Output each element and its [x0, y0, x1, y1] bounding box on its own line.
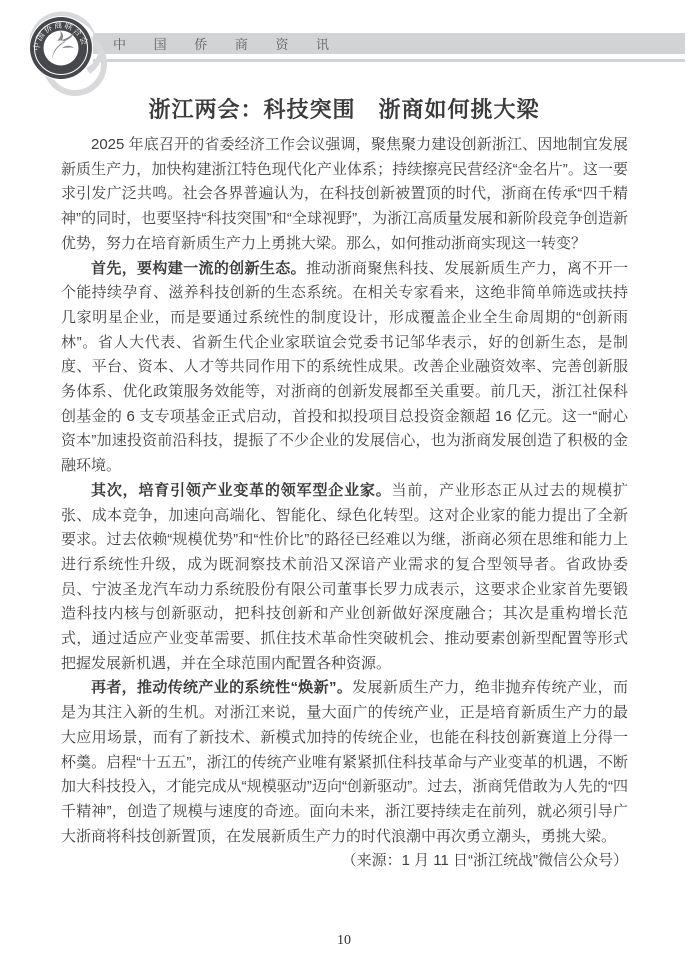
masthead-underline: [93, 59, 685, 62]
paragraph-text: 当前，产业形态正从过去的规模扩张、成本竞争，加速向高端化、智能化、绿色化转型。这…: [61, 482, 628, 672]
paragraph-lead: 首先，要构建一流的创新生态。: [91, 260, 306, 277]
paragraph-lead: 其次，培育引领产业变革的领军型企业家。: [91, 482, 392, 499]
paragraph-first-point: 首先，要构建一流的创新生态。推动浙商聚焦科技、发展新质生产力，离不开一个能持续孕…: [61, 257, 628, 479]
paragraph-text: 2025 年底召开的省委经济工作会议强调，聚焦聚力建设创新浙江、因地制宜发展新质…: [61, 136, 628, 252]
page-number: 10: [0, 933, 688, 949]
seal-logo-graphic: 中国侨商联合会: [16, 4, 112, 100]
document-page: 中 国 侨 商 资 讯 中国侨商联: [0, 0, 688, 971]
masthead-title: 中 国 侨 商 资 讯: [93, 34, 341, 53]
paragraph-text: 推动浙商聚焦科技、发展新质生产力，离不开一个能持续孕育、滋养科技创新的生态系统。…: [61, 260, 628, 475]
paragraph-intro: 2025 年底召开的省委经济工作会议强调，聚焦聚力建设创新浙江、因地制宜发展新质…: [61, 133, 628, 257]
paragraph-lead: 再者，推动传统产业的系统性“焕新”。: [91, 679, 352, 696]
paragraph-second-point: 其次，培育引领产业变革的领军型企业家。当前，产业形态正从过去的规模扩张、成本竞争…: [61, 479, 628, 677]
paragraph-text: 发展新质生产力，绝非抛弃传统产业，而是为其注入新的生机。对浙江来说，量大面广的传…: [61, 679, 628, 844]
source-line: （来源：1 月 11 日“浙江统战”微信公众号）: [61, 849, 628, 874]
paragraph-third-point: 再者，推动传统产业的系统性“焕新”。发展新质生产力，绝非抛弃传统产业，而是为其注…: [61, 676, 628, 849]
article-body: 2025 年底召开的省委经济工作会议强调，聚焦聚力建设创新浙江、因地制宜发展新质…: [61, 133, 628, 874]
masthead-banner: 中 国 侨 商 资 讯: [93, 33, 685, 54]
association-seal-logo: 中国侨商联合会: [16, 4, 112, 100]
